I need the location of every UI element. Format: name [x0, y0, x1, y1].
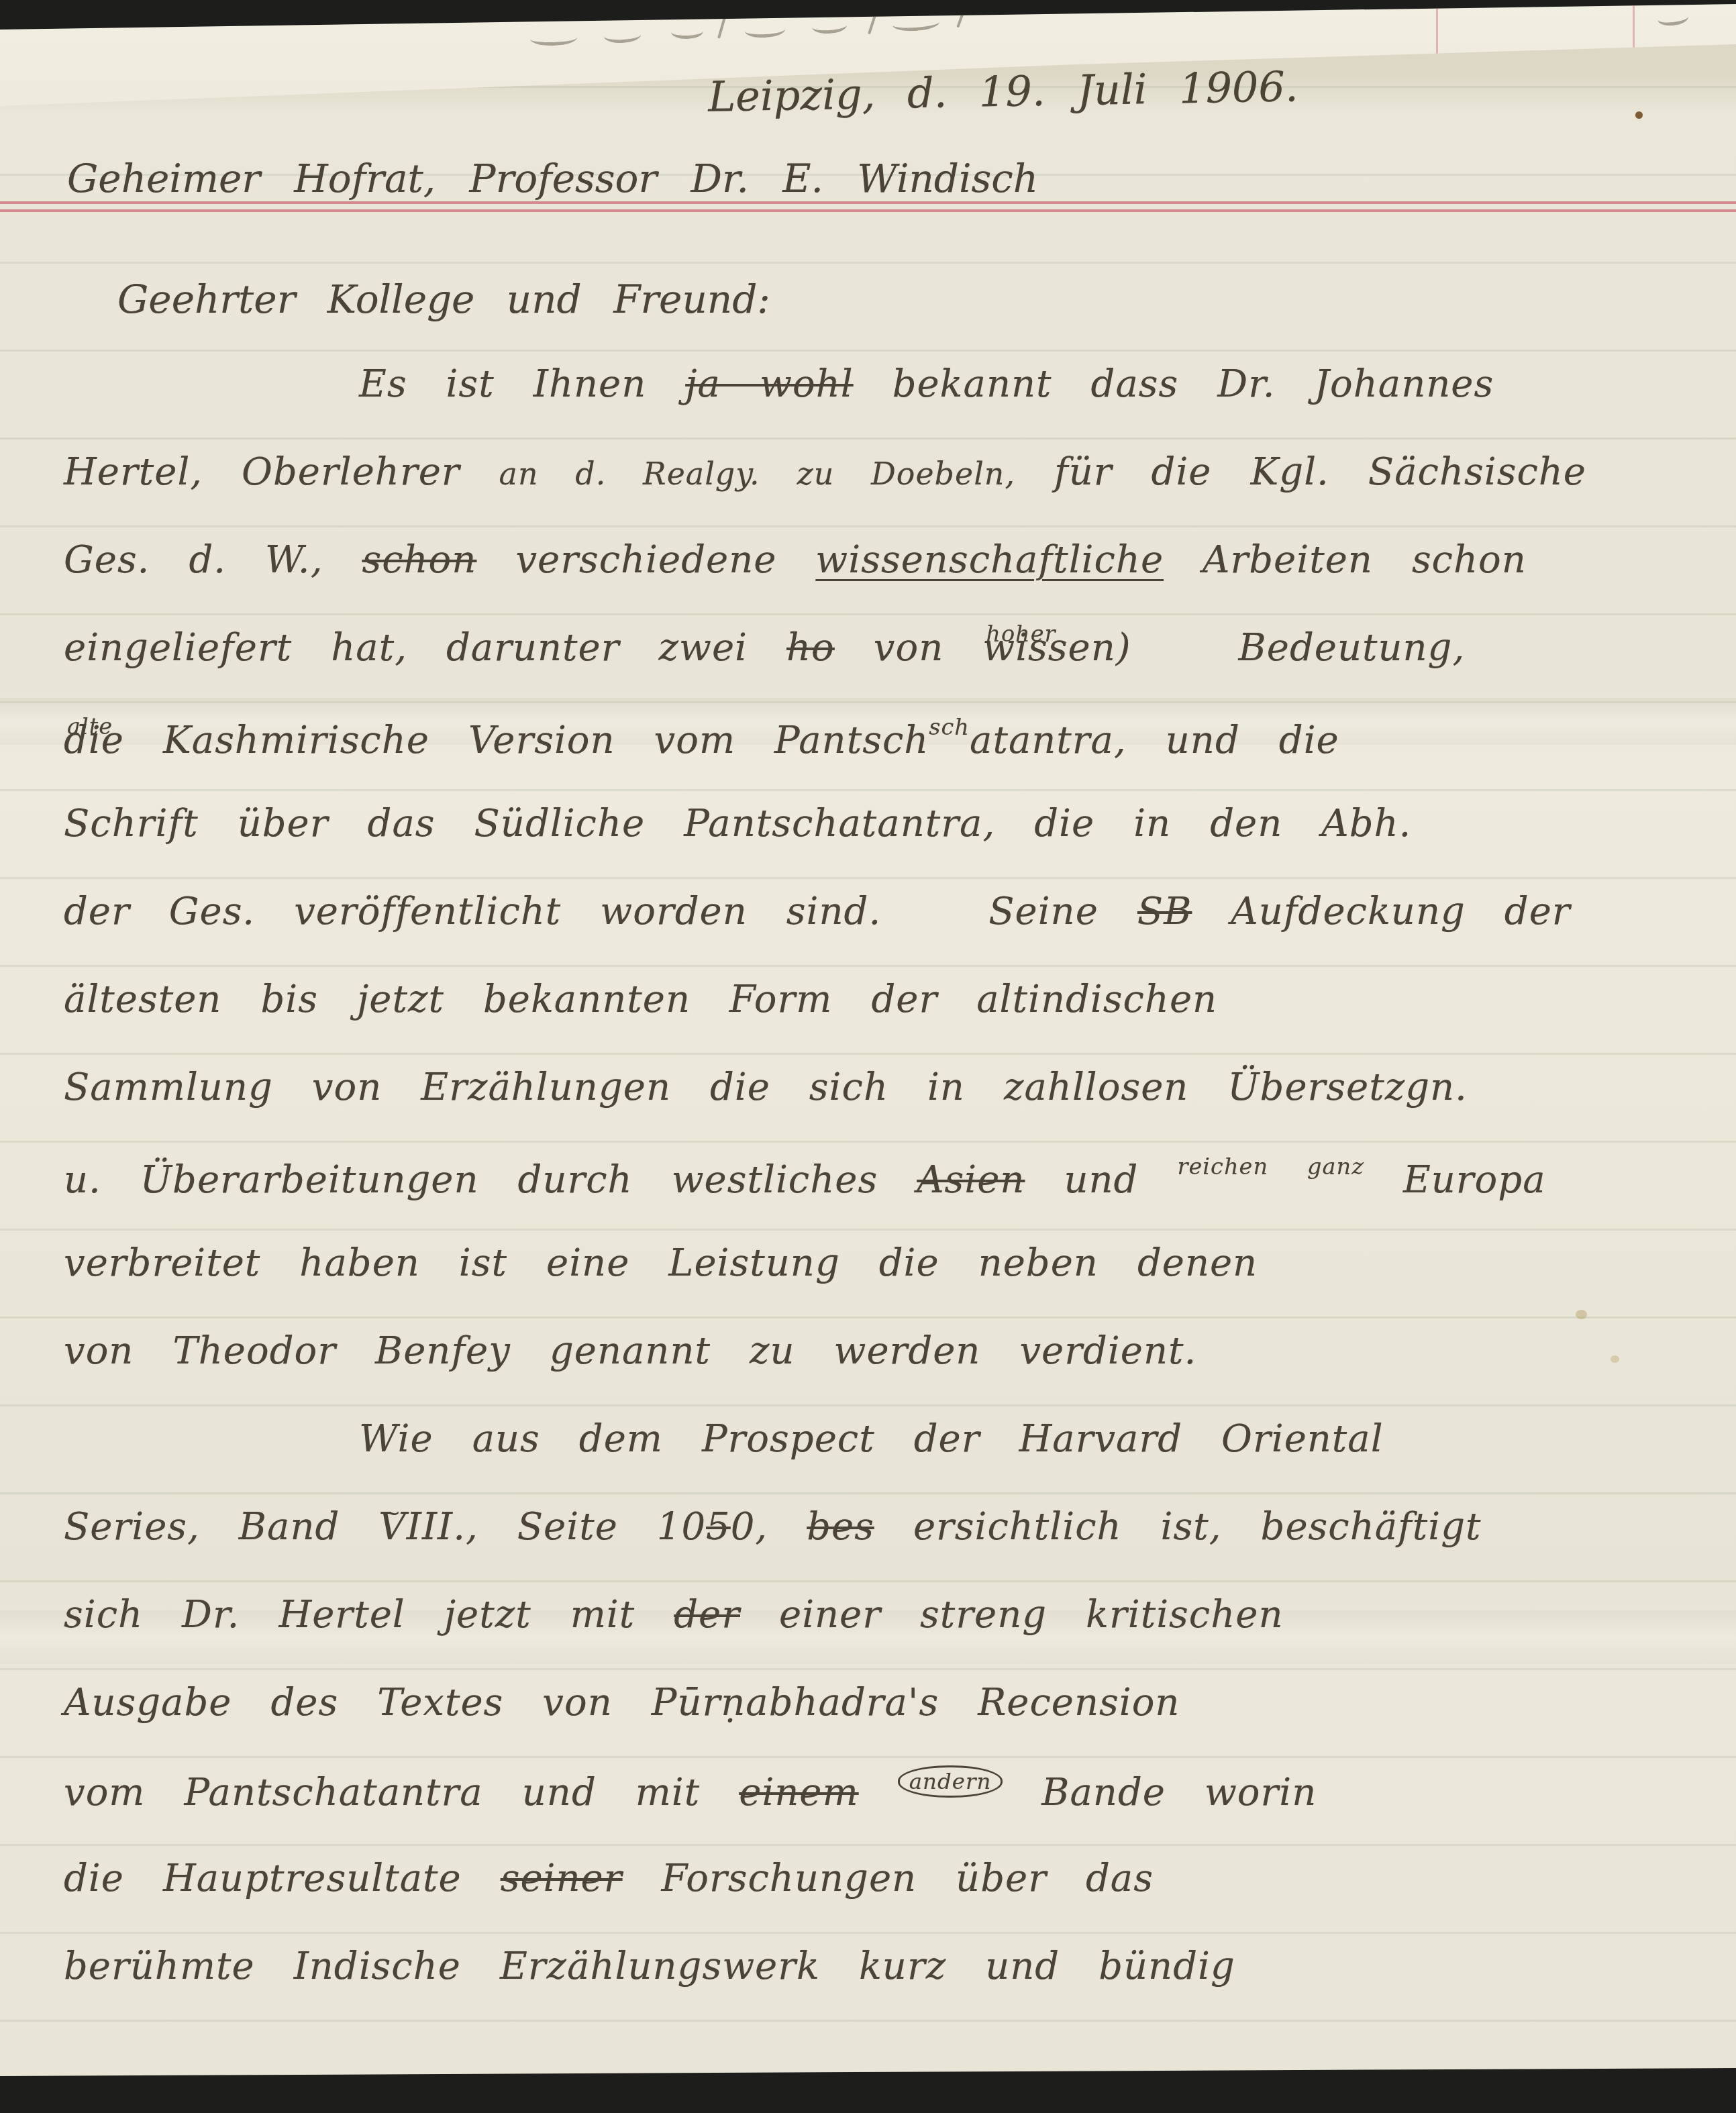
text-segment: Series, Band	[64, 1505, 378, 1549]
inserted-word: ~	[382, 1500, 401, 1526]
handwriting-line: Sammlung von Erzählungen die sich in zah…	[64, 1066, 1716, 1153]
struck-text: ja wohl	[685, 362, 853, 406]
text-segment: verschiedene	[476, 538, 815, 582]
word-stack: ~VIII.	[378, 1505, 466, 1549]
handwriting-line: von Theodor Benfey genannt zu werden ver…	[64, 1329, 1716, 1417]
handwriting-line: verbreitet haben ist eine Leistung die n…	[64, 1241, 1716, 1329]
text-segment: Arbeiten schon	[1164, 538, 1527, 582]
text-segment: für die Kgl. Sächsische	[1015, 450, 1586, 494]
word-stack: hoherwissen)	[982, 626, 1131, 670]
text-segment: ersichtlich ist, beschäftigt	[874, 1505, 1482, 1549]
text-segment: und	[1025, 1158, 1177, 1202]
handwriting-line: berühmte Indische Erzählungswerk kurz un…	[64, 1945, 1716, 2032]
letter-body: Es ist Ihnen ja wohl bekannt dass Dr. Jo…	[64, 362, 1716, 2032]
handwriting-line: die Hauptresultate seiner Forschungen üb…	[64, 1857, 1716, 1945]
handwriting-line: sich Dr. Hertel jetzt mit der einer stre…	[64, 1593, 1716, 1681]
letter-sheet: 271/1/40/18 Leipzig, d. 19. Juli 1906. G…	[0, 0, 1736, 2113]
text-segment: verbreitet haben ist eine Leistung die n…	[64, 1241, 1258, 1285]
handwriting-line: ältesten bis jetzt bekannten Form der al…	[64, 978, 1716, 1066]
handwriting-line: altedie Kashmirische Version vom Pantsch…	[64, 714, 1716, 802]
text-segment: Ges. d. W.,	[64, 538, 362, 582]
text-segment: ältesten bis jetzt bekannten Form der al…	[64, 978, 1217, 1021]
handwriting-line: der Ges. veröffentlicht worden sind.Sein…	[64, 890, 1716, 978]
text-segment: Aufdeckung der	[1192, 890, 1570, 933]
handwriting-line: vom Pantschatantra und mit einem andern …	[64, 1769, 1716, 1857]
struck-text: bes	[807, 1505, 874, 1549]
text-segment: Es ist Ihnen	[359, 362, 685, 406]
text-segment: vom Pantschatantra und mit	[64, 1771, 739, 1814]
text-segment: von	[835, 626, 982, 670]
text-segment: bekannt dass Dr. Johannes	[854, 362, 1494, 406]
text-segment	[859, 1771, 898, 1814]
addressee-line: Geheimer Hofrat, Professor Dr. E. Windis…	[67, 156, 1038, 201]
handwriting-line: Wie aus dem Prospect der Harvard Orienta…	[64, 1417, 1716, 1505]
text-segment: Sammlung von Erzählungen die sich in zah…	[64, 1066, 1468, 1109]
inserted-word: sch	[929, 714, 970, 740]
handwriting-line: Es ist Ihnen ja wohl bekannt dass Dr. Jo…	[64, 362, 1716, 450]
text-segment: Bedeutung,	[1239, 626, 1466, 670]
handwriting-line: Schrift über das Südliche Pantschatantra…	[64, 802, 1716, 890]
struck-text: seiner	[501, 1857, 623, 1900]
struck-text: ho	[786, 626, 835, 670]
handwriting-line: Ausgabe des Textes von Pūrṇabhadra's Rec…	[64, 1681, 1716, 1769]
text-segment: Ausgabe des Textes von Pūrṇabhadra's Rec…	[64, 1681, 1180, 1724]
text-segment: Forschungen über das	[622, 1857, 1153, 1900]
handwriting-line: eingeliefert hat, darunter zwei ho von h…	[64, 626, 1716, 714]
struck-text: SB	[1137, 890, 1192, 933]
small-text: an d. Realgy. zu Doebeln,	[499, 456, 1015, 492]
salutation: Geehrter Kollege und Freund:	[117, 276, 770, 322]
struck-text: 5	[706, 1505, 731, 1549]
text-segment: Kashmirische Version vom Pantsch	[124, 719, 929, 762]
word-stack: altedie	[64, 719, 124, 762]
underlined-text: wissenschaftliche	[815, 538, 1164, 582]
handwriting-line: u. Überarbeitungen durch westliches Asie…	[64, 1153, 1716, 1241]
text-segment: die Hauptresultate	[64, 1857, 501, 1900]
scanned-letter-page: 271/1/40/18 Leipzig, d. 19. Juli 1906. G…	[0, 0, 1736, 2113]
handwriting-line: Ges. d. W., schon verschiedene wissensch…	[64, 538, 1716, 626]
struck-text: Asien	[917, 1158, 1025, 1202]
ink-stain	[1635, 111, 1643, 119]
text-segment: atantra, und die	[970, 719, 1339, 762]
inserted-word: ganz	[1307, 1153, 1364, 1180]
text-segment: eingeliefert hat, darunter zwei	[64, 626, 786, 670]
text-segment: Wie aus dem Prospect der Harvard Orienta…	[359, 1417, 1384, 1461]
text-segment	[1268, 1158, 1307, 1202]
struck-text: schon	[362, 538, 476, 582]
text-segment: der Ges. veröffentlicht worden sind.	[64, 890, 881, 933]
text-segment: 0,	[731, 1505, 807, 1549]
inserted-word: alte	[67, 713, 113, 739]
text-segment: Hertel, Oberlehrer	[64, 450, 499, 494]
struck-text: einem	[739, 1771, 858, 1814]
handwriting-line: Hertel, Oberlehrer an d. Realgy. zu Doeb…	[64, 450, 1716, 538]
text-segment: Schrift über das Südliche Pantschatantra…	[64, 802, 1411, 845]
struck-text: der	[674, 1593, 740, 1637]
red-header-rule	[0, 201, 1736, 212]
text-segment: Seine	[988, 890, 1137, 933]
text-segment: , Seite 10	[466, 1505, 706, 1549]
text-segment: berühmte Indische Erzählungswerk kurz un…	[64, 1945, 1235, 1988]
inserted-word: reichen	[1177, 1153, 1268, 1180]
handwriting-line: Series, Band ~VIII., Seite 1050, bes ers…	[64, 1505, 1716, 1593]
text-segment: einer streng kritischen	[740, 1593, 1284, 1637]
circled-inserted-word: andern	[898, 1765, 1003, 1798]
inserted-word: hoher	[986, 621, 1056, 647]
text-segment: von Theodor Benfey genannt zu werden ver…	[64, 1329, 1196, 1373]
text-segment: Bande worin	[1003, 1771, 1317, 1814]
text-segment: Europa	[1364, 1158, 1546, 1202]
text-segment: u. Überarbeitungen durch westliches	[64, 1158, 917, 1202]
text-segment: sich Dr. Hertel jetzt mit	[64, 1593, 674, 1637]
